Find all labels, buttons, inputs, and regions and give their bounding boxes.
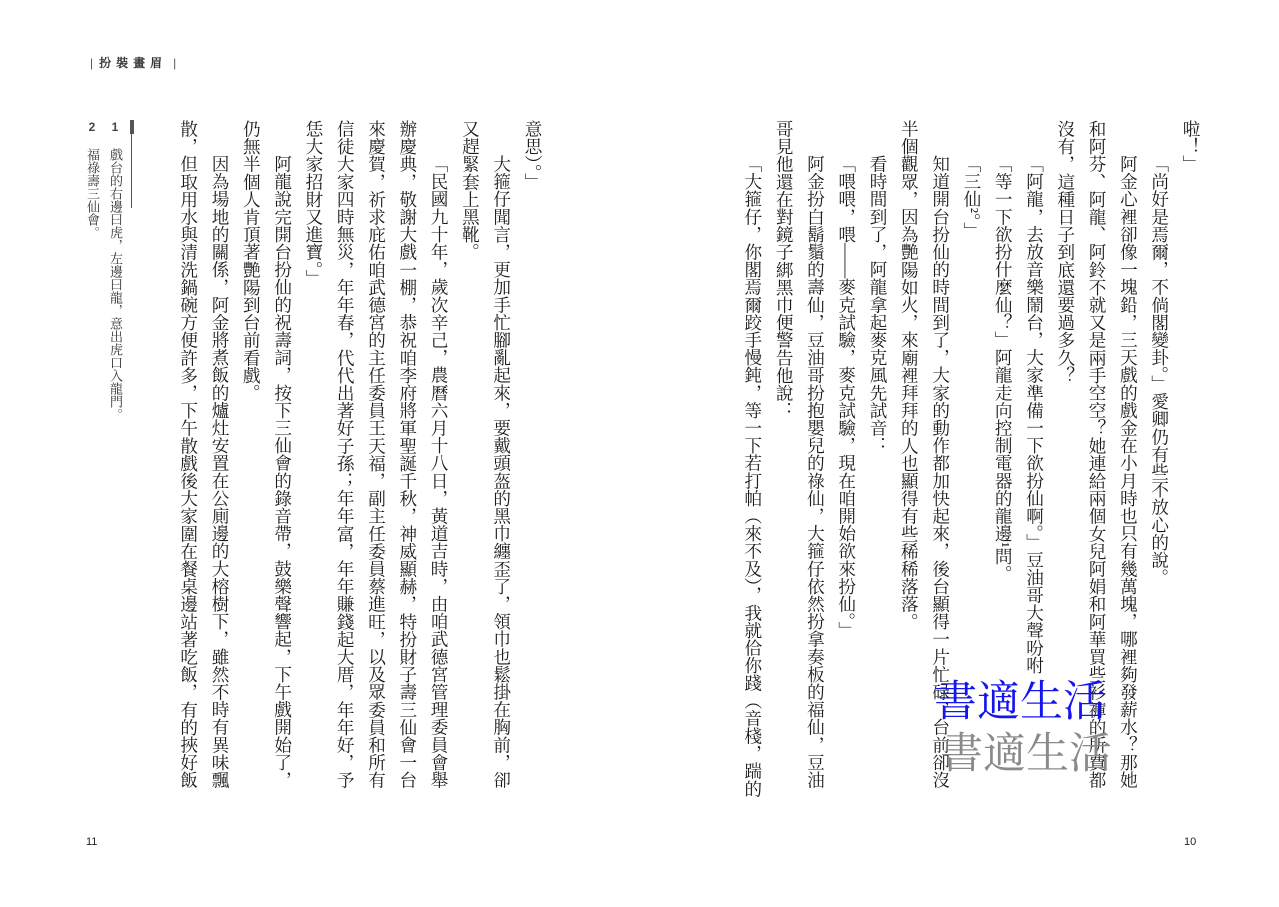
text-column: 又趕緊套上黑靴。	[454, 120, 485, 800]
text-column: 「民國九十年，歲次辛己，農曆六月十八日，黃道吉時，由咱武德宮管理委員會舉	[423, 120, 454, 800]
text-column: 阿金扮白鬍鬚的壽仙，豆油哥扮抱嬰兒的祿仙，大箍仔依然扮拿奏板的福仙，豆油	[799, 120, 830, 800]
running-head-title: 扮裝畫眉	[99, 56, 167, 70]
text-column: 信徒大家四時無災，年年春，代代出著好子孫；年年富，年年賺錢起大厝，年年好，予	[329, 120, 360, 800]
footnote-text: 福祿壽三仙會。	[81, 148, 104, 468]
text-column: 仍無半個人肯頂著艷陽到台前看戲。	[235, 120, 266, 800]
text-column: 沒有，這種日子到底還要過多久？	[1050, 120, 1081, 800]
text-column: 因為場地的關係，阿金將煮飯的爐灶安置在公廁邊的大榕樹下，雖然不時有異味飄	[204, 120, 235, 800]
text-column: 啦！」	[1175, 120, 1206, 800]
footnote-text: 戲台的右邊曰虎，左邊曰龍，意出虎口入龍門。	[104, 148, 127, 468]
text-column: 知道開台扮仙的時間到了，大家的動作都加快起來，後台顯得一片忙碌，台前卻沒	[924, 120, 955, 800]
footnote-divider-cap	[130, 120, 134, 134]
footnote-number: 2	[85, 120, 99, 134]
text-column: 來慶賀，祈求庇佑咱武德宮的主任委員王天福，副主任委員蔡進旺，以及眾委員和所有	[360, 120, 391, 800]
text-column: 「喂喂，喂——麥克試驗，麥克試驗，現在咱開始欲來扮仙。」	[830, 120, 861, 800]
text-column: 大箍仔聞言，更加手忙腳亂起來，要戴頭盔的黑巾纏歪了，領巾也鬆掛在胸前，卻	[485, 120, 516, 800]
text-column: 「三仙²。」	[956, 120, 987, 800]
text-column: 「等一下欲扮什麼仙？」阿龍走向控制電器的龍邊¹問。	[987, 120, 1018, 800]
text-column: 阿龍說完開台扮仙的祝壽詞，按下三仙會的錄音帶，鼓樂聲響起，下午戲開始了，	[266, 120, 297, 800]
footnote-number: 1	[108, 120, 122, 134]
text-column: 「大箍仔，你閣焉爾跤手慢鈍，等一下若打帕（來不及），我就佮你踐（音棧，踹的	[737, 120, 768, 800]
text-column: 意思）。」	[517, 120, 548, 800]
page-number-left: 11	[86, 836, 97, 848]
footnotes: 戲台的右邊曰虎，左邊曰龍，意出虎口入龍門。 福祿壽三仙會。	[81, 148, 127, 468]
text-column: 和阿芬、阿龍、阿鈴不就又是兩手空空？她連給兩個女兒阿娟和阿華買些衫褲的所費都	[1081, 120, 1112, 800]
running-head: |扮裝畫眉|	[84, 54, 182, 71]
text-column: 半個觀眾，因為艷陽如火，來廟裡拜拜的人也顯得有些稀稀落落。	[893, 120, 924, 800]
running-head-bar-right: |	[173, 56, 176, 70]
text-column: 恁大家招財又進寶。」	[298, 120, 329, 800]
text-column: 看時間到了，阿龍拿起麥克風先試音：	[862, 120, 893, 800]
text-column: 「尚好是焉爾，不倘閣變卦。」愛卿仍有些不放心的說。	[1143, 120, 1174, 800]
page-number-right: 10	[1184, 836, 1196, 848]
text-column: 阿金心裡卻像一塊鉛，三天戲的戲金在小月時也只有幾萬塊，哪裡夠發薪水？那她	[1112, 120, 1143, 800]
running-head-bar-left: |	[90, 56, 93, 70]
text-column: 辦慶典，敬謝大戲一棚，恭祝咱李府將軍聖誕千秋，神威顯赫，特扮財子壽三仙會一台	[392, 120, 423, 800]
text-column: 哥見他還在對鏡子綁黑巾便警告他說：	[768, 120, 799, 800]
left-page-body: 意思）。」 大箍仔聞言，更加手忙腳亂起來，要戴頭盔的黑巾纏歪了，領巾也鬆掛在胸前…	[172, 120, 548, 800]
text-column: 「阿龍，去放音樂鬧台，大家準備一下欲扮仙啊。」豆油哥大聲吩咐	[1018, 120, 1049, 800]
right-page-body: 啦！」 「尚好是焉爾，不倘閣變卦。」愛卿仍有些不放心的說。 阿金心裡卻像一塊鉛，…	[736, 120, 1206, 800]
text-column: 散，但取用水與清洗鍋碗方便許多，下午散戲後大家圍在餐桌邊站著吃飯，有的挾好飯	[172, 120, 203, 800]
